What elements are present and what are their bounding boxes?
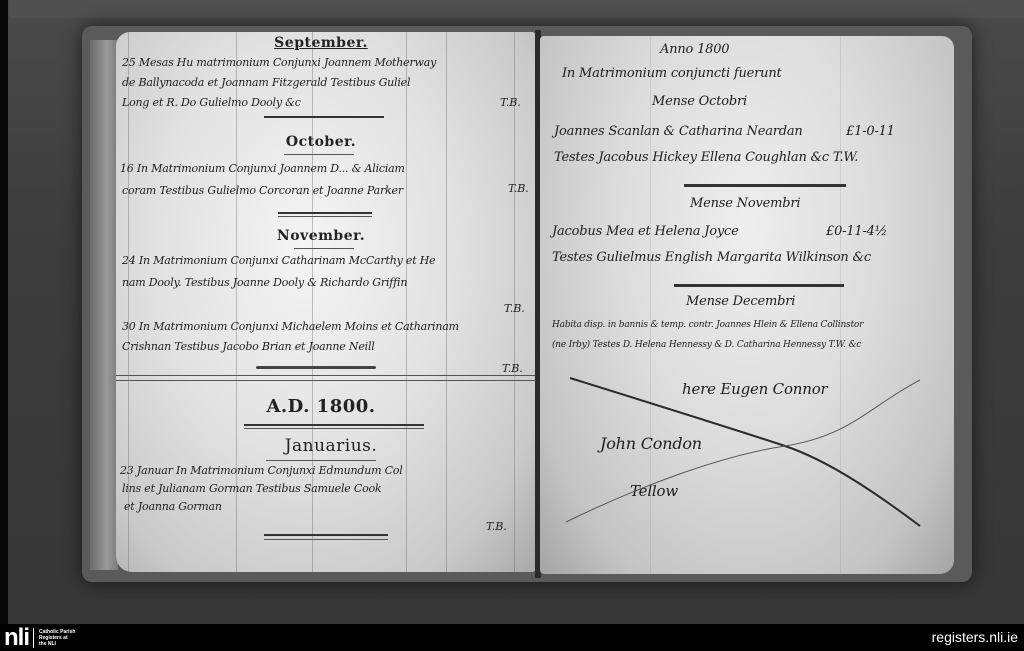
right-page: Anno 1800 In Matrimonium conjuncti fueru… bbox=[540, 36, 954, 574]
entry-fee: £0-11-4½ bbox=[826, 224, 887, 239]
double-rule bbox=[264, 539, 388, 540]
register-subheading: In Matrimonium conjuncti fuerunt bbox=[562, 66, 782, 81]
ruled-line bbox=[406, 32, 407, 572]
month-heading-october: Mense Octobri bbox=[652, 94, 747, 109]
nli-logo-mark: nli bbox=[4, 626, 29, 649]
entry-line: Crishnan Testibus Jacobo Brian et Joanne… bbox=[122, 340, 375, 353]
entry-initials: T.B. bbox=[486, 520, 507, 533]
logo-divider bbox=[33, 628, 34, 648]
scan-top-band bbox=[10, 0, 1024, 18]
ruled-line bbox=[446, 32, 447, 572]
entry-line: nam Dooly. Testibus Joanne Dooly & Richa… bbox=[122, 276, 407, 289]
crossed-signature-line: John Condon bbox=[600, 434, 702, 453]
entry-line: Habita disp. in bannis & temp. contr. Jo… bbox=[552, 320, 863, 330]
flourish-rule bbox=[284, 154, 354, 155]
entry-fee: £1-0-11 bbox=[846, 124, 895, 139]
month-heading-december: Mense Decembri bbox=[686, 294, 795, 309]
year-heading-anno: Anno 1800 bbox=[660, 42, 729, 57]
entry-line: coram Testibus Gulielmo Corcoran et Joan… bbox=[122, 184, 403, 197]
section-divider bbox=[116, 375, 536, 376]
entry-initials: T.B. bbox=[504, 302, 525, 315]
year-heading-1800: A.D. 1800. bbox=[236, 396, 406, 417]
double-rule bbox=[264, 534, 388, 536]
crossed-signature-line: Tellow bbox=[630, 482, 678, 500]
left-page-margin-strip bbox=[90, 40, 118, 570]
entry-line: lins et Julianam Gorman Testibus Samuele… bbox=[122, 482, 381, 495]
double-rule bbox=[278, 212, 372, 214]
underline-rule bbox=[266, 460, 376, 461]
entry-line: Long et R. Do Gulielmo Dooly &c bbox=[122, 96, 301, 109]
entry-line: et Joanna Gorman bbox=[124, 500, 222, 513]
month-heading-october: October. bbox=[266, 134, 376, 150]
entry-line: Testes Jacobus Hickey Ellena Coughlan &c… bbox=[554, 150, 858, 165]
entry-line: Jacobus Mea et Helena Joyce bbox=[552, 224, 739, 239]
crossed-signature-line: here Eugen Connor bbox=[682, 380, 828, 398]
entry-line: (ne Irby) Testes D. Helena Hennessy & D.… bbox=[552, 340, 861, 350]
entry-initials: T.B. bbox=[508, 182, 529, 195]
month-heading-september: September. bbox=[266, 35, 376, 51]
entry-line: 23 Januar In Matrimonium Conjunxi Edmund… bbox=[120, 464, 403, 477]
ruled-line bbox=[840, 36, 841, 574]
ink-stroke bbox=[256, 366, 376, 369]
month-heading-november: Mense Novembri bbox=[690, 196, 800, 211]
entry-line: 24 In Matrimonium Conjunxi Catharinam Mc… bbox=[122, 254, 435, 267]
flourish-rule bbox=[294, 248, 354, 249]
register-scan-image: September. 25 Mesas Hu matrimonium Conju… bbox=[0, 0, 1024, 624]
entry-line: 30 In Matrimonium Conjunxi Michaelem Moi… bbox=[122, 320, 459, 333]
nli-logo[interactable]: nli Catholic Parish Registers at the NLI bbox=[4, 626, 79, 649]
double-rule bbox=[244, 428, 424, 429]
month-heading-januarius: Januarius. bbox=[256, 436, 406, 456]
entry-initials: T.B. bbox=[500, 96, 521, 109]
section-divider bbox=[116, 380, 536, 381]
section-rule bbox=[684, 184, 846, 187]
month-heading-november: November. bbox=[266, 228, 376, 244]
logo-caption-line: the NLI bbox=[39, 641, 79, 647]
double-rule bbox=[244, 424, 424, 426]
double-rule bbox=[278, 216, 372, 217]
left-page: September. 25 Mesas Hu matrimonium Conju… bbox=[116, 32, 536, 572]
viewer-footer-bar: nli Catholic Parish Registers at the NLI… bbox=[0, 624, 1024, 651]
logo-caption-line: Catholic Parish bbox=[39, 629, 79, 635]
entry-line: de Ballynacoda et Joannam Fitzgerald Tes… bbox=[122, 76, 410, 89]
entry-line: Joannes Scanlan & Catharina Neardan bbox=[554, 124, 803, 139]
site-link[interactable]: registers.nli.ie bbox=[932, 629, 1018, 645]
entry-line: 25 Mesas Hu matrimonium Conjunxi Joannem… bbox=[122, 56, 436, 69]
entry-initials: T.B. bbox=[502, 362, 523, 375]
scan-left-edge bbox=[0, 0, 8, 624]
entry-line: 16 In Matrimonium Conjunxi Joannem D... … bbox=[120, 162, 405, 175]
underline-rule bbox=[264, 116, 384, 118]
entry-line: Testes Gulielmus English Margarita Wilki… bbox=[552, 250, 871, 265]
section-rule bbox=[674, 284, 844, 287]
logo-caption: Catholic Parish Registers at the NLI bbox=[39, 629, 79, 647]
